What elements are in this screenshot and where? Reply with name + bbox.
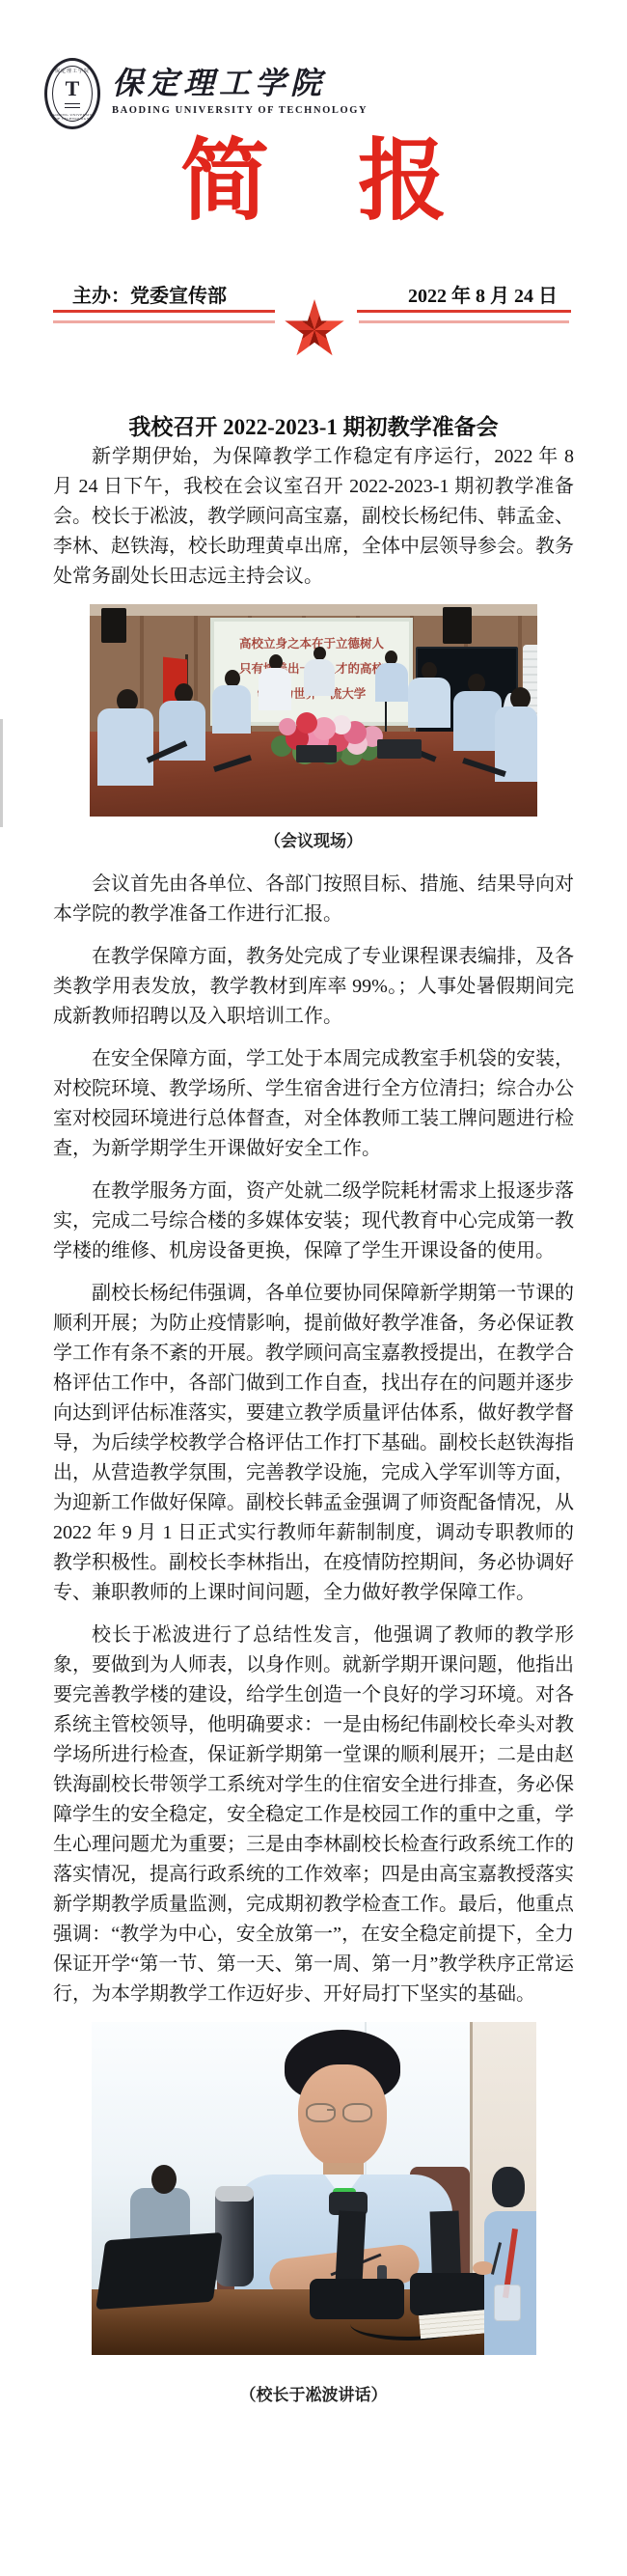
article-title: 我校召开 2022-2023-1 期初教学准备会	[0, 409, 627, 441]
speaker-box-right	[443, 607, 472, 644]
glasses-lens-right	[342, 2103, 372, 2122]
paragraph-5: 在教学服务方面，资产处就二级学院耗材需求上报逐步落实，完成二号综合楼的多媒体安装…	[53, 1177, 574, 1266]
university-wordmark: 保定理工学院 BAODING UNIVERSITY OF TECHNOLOGY	[112, 58, 368, 116]
article-body: 新学期伊始，为保障教学工作稳定有序运行，2022 年 8 月 24 日下午，我校…	[53, 442, 574, 2424]
organizer-label: 主办：党委宣传部	[72, 280, 227, 308]
issue-date: 2022 年 8 月 24 日	[408, 280, 558, 308]
paragraph-2: 会议首先由各单位、各部门按照目标、措施、结果导向对本学院的教学准备工作进行汇报。	[53, 870, 574, 929]
speaker-box-left	[101, 608, 126, 643]
paragraph-6: 副校长杨纪伟强调，各单位要协同保障新学期第一节课的顺利开展；为防止疫情影响，提前…	[53, 1279, 574, 1608]
board-line-1: 高校立身之本在于立德树人	[214, 631, 409, 656]
meeting-photo: 高校立身之本在于立德树人 只有培养出一流人才的高校 够成为世界一流大学	[90, 604, 537, 817]
masthead-rule-left-top	[53, 310, 275, 313]
seal-cn-arc-text: 保定理工学院	[47, 68, 97, 74]
bulletin-title: 简 报	[0, 133, 627, 230]
meeting-photo-caption: （会议现场）	[53, 826, 574, 856]
university-name-cn: 保定理工学院	[112, 64, 368, 102]
tissue-box	[377, 739, 422, 759]
red-star-icon	[284, 299, 345, 361]
paragraph-1: 新学期伊始，为保障教学工作稳定有序运行，2022 年 8 月 24 日下午，我校…	[53, 442, 574, 592]
seal-letter: T	[47, 78, 97, 99]
masthead-rule-left-bottom	[53, 320, 275, 323]
meeting-photo-figure: 高校立身之本在于立德树人 只有培养出一流人才的高校 够成为世界一流大学	[53, 604, 574, 856]
speech-photo-figure: （校长于凇波讲话）	[53, 2022, 574, 2410]
speech-photo	[92, 2022, 536, 2355]
tissue-box	[296, 745, 337, 762]
university-name-en: BAODING UNIVERSITY OF TECHNOLOGY	[112, 105, 368, 116]
conference-phone	[95, 2232, 223, 2310]
principal-face	[298, 2064, 387, 2169]
glasses-lens-left	[306, 2103, 336, 2122]
university-seal-icon: 保定理工学院 T BAODING UNIVERSITY OF TECHNOLOG…	[44, 58, 100, 129]
glasses-bridge	[327, 2109, 335, 2111]
scan-artifact-line	[0, 719, 3, 827]
speech-photo-caption: （校长于凇波讲话）	[53, 2380, 574, 2410]
paragraph-3: 在教学保障方面，教务处完成了专业课程课表编排，及各类教学用表发放，教学教材到库率…	[53, 942, 574, 1032]
glass-cup	[494, 2285, 521, 2321]
paragraph-7: 校长于凇波进行了总结性发言，他强调了教师的教学形象，要做到为人师表，以身作则。就…	[53, 1620, 574, 2009]
background-person-head	[151, 2165, 177, 2194]
masthead-rule-right-top	[357, 310, 571, 313]
seal-pedestal	[65, 103, 80, 108]
masthead-rule-right-bottom	[359, 320, 569, 323]
paragraph-4: 在安全保障方面，学工处于本周完成教室手机袋的安装，对校院环境、教学场所、学生宿舍…	[53, 1044, 574, 1164]
seal-en-arc-text: BAODING UNIVERSITY OF TECHNOLOGY	[47, 113, 97, 121]
thermos-cap	[215, 2186, 254, 2202]
bulletin-page: 保定理工学院 T BAODING UNIVERSITY OF TECHNOLOG…	[0, 0, 627, 2576]
flower-arrangement	[279, 718, 296, 735]
university-logo: 保定理工学院 T BAODING UNIVERSITY OF TECHNOLOG…	[44, 58, 368, 129]
side-person-head	[492, 2167, 525, 2207]
